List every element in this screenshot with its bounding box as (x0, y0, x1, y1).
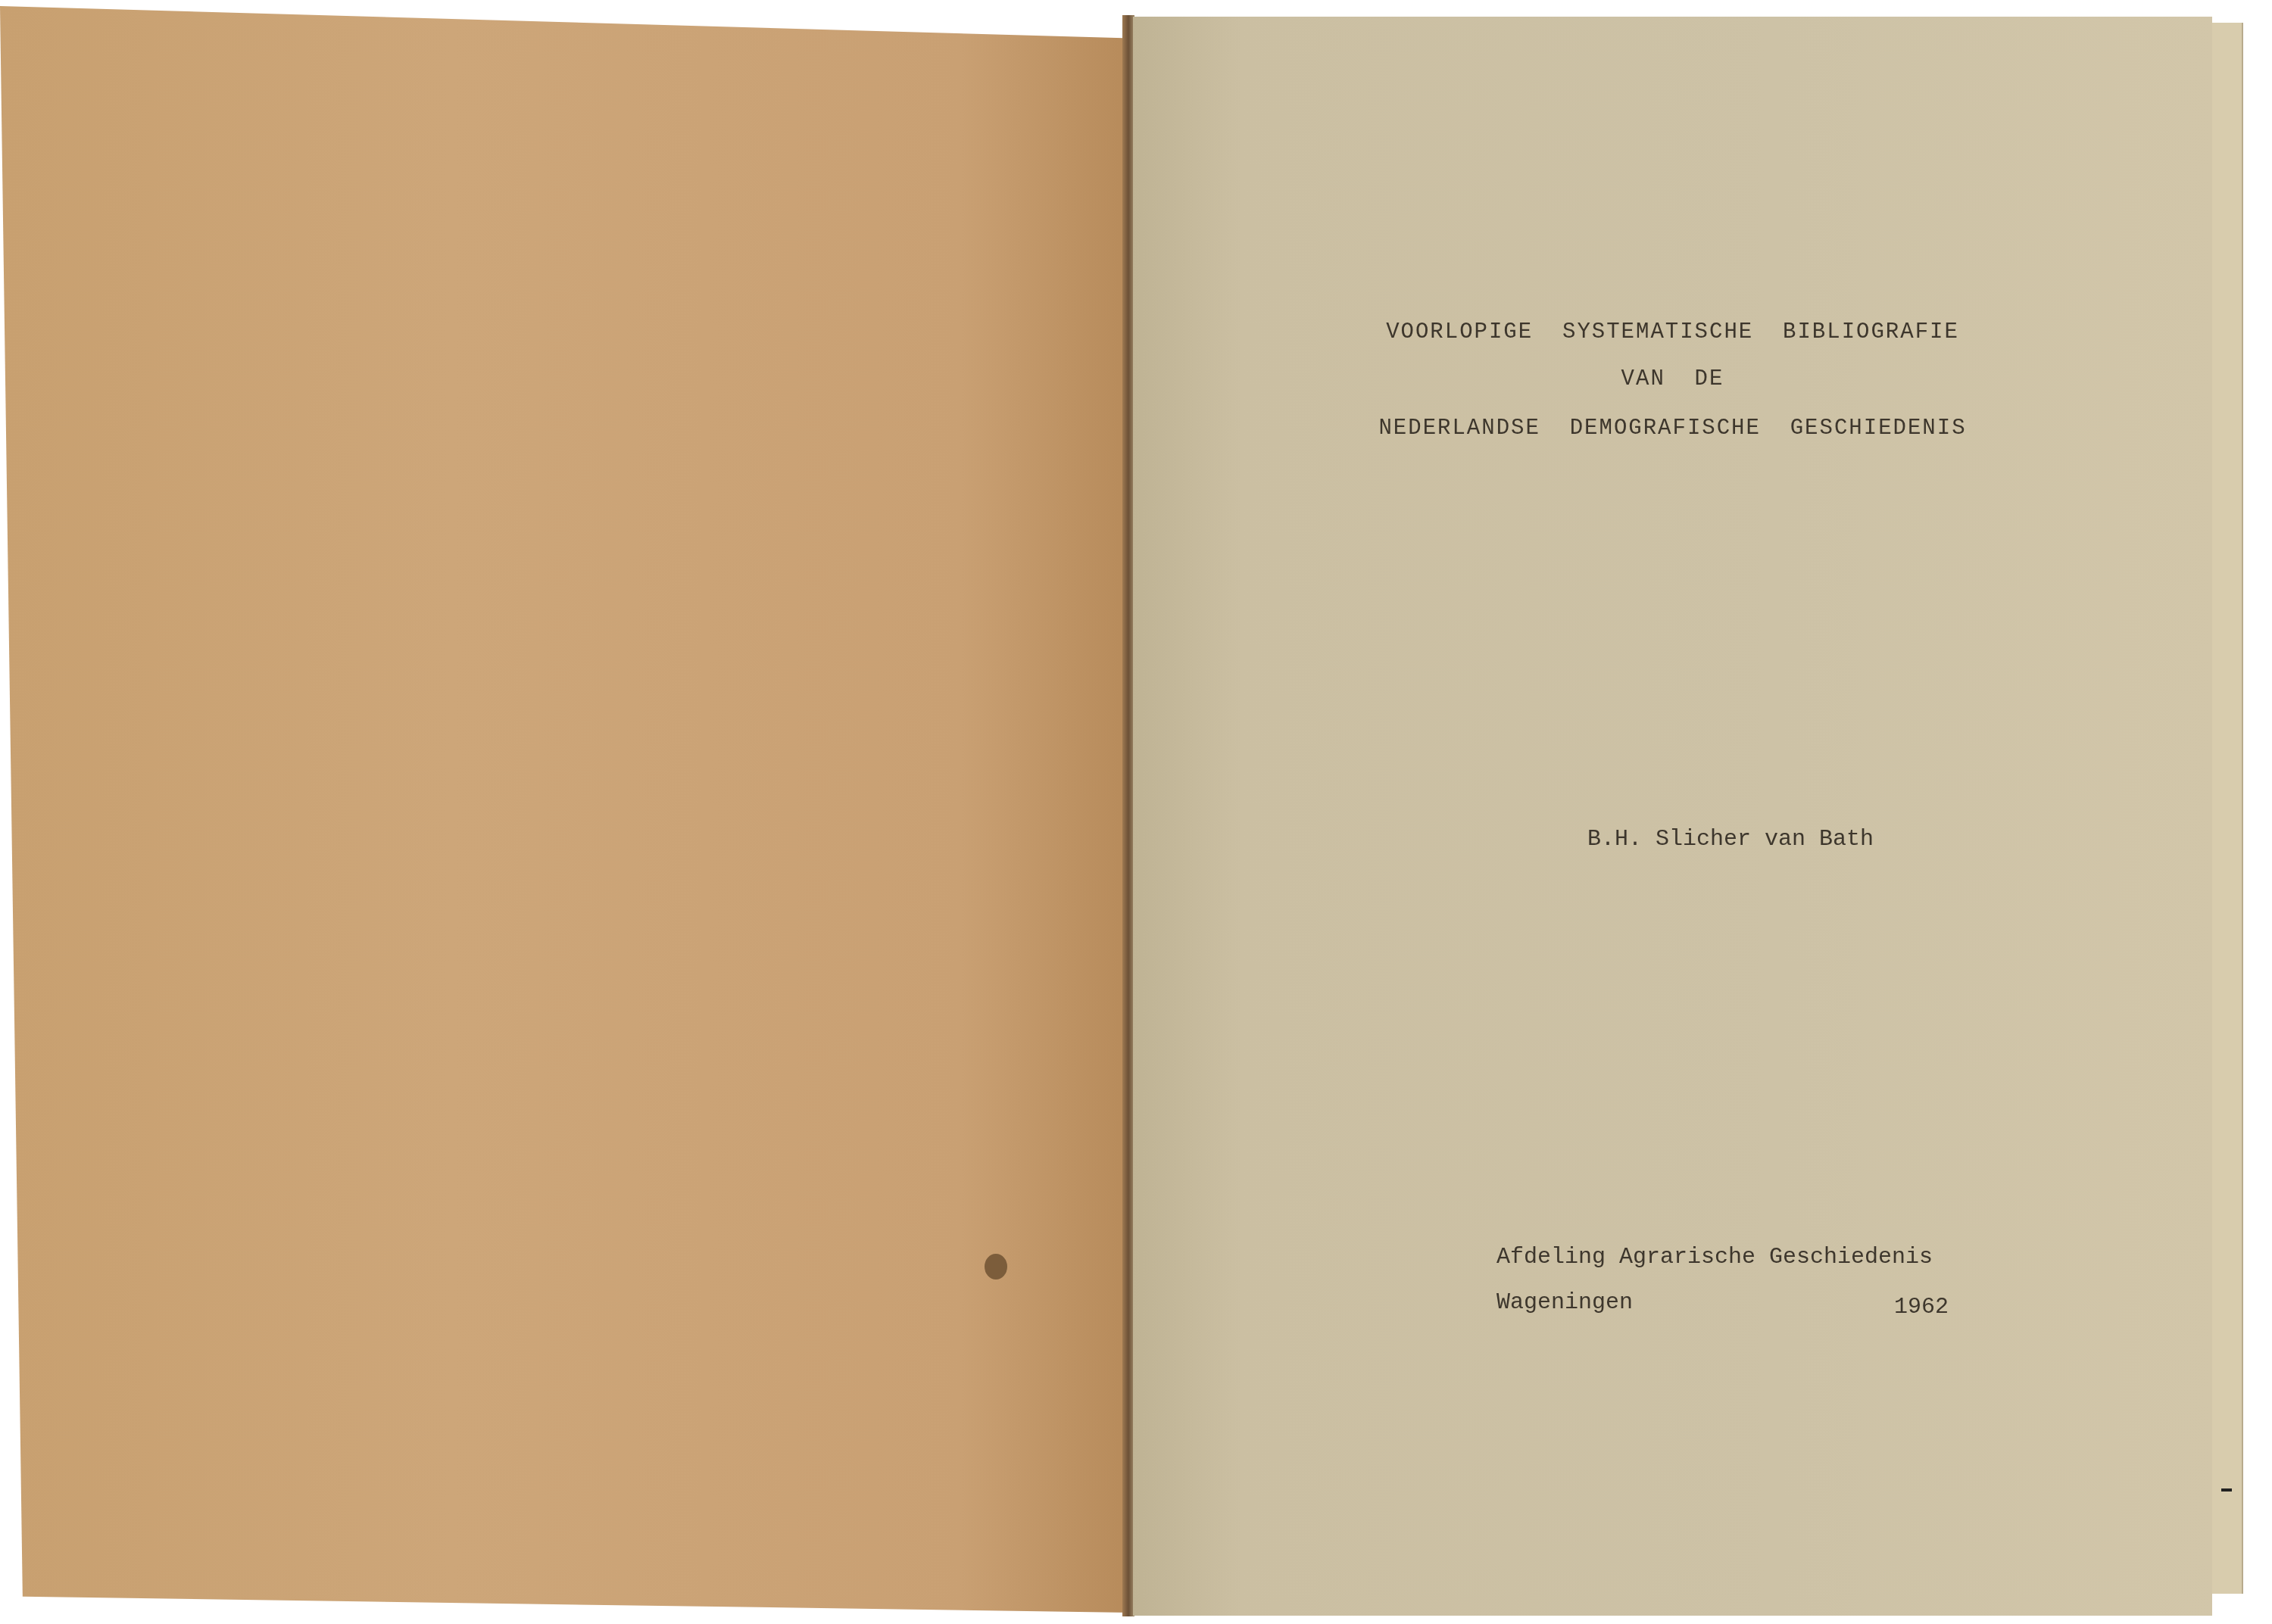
title-line-3: NEDERLANDSE DEMOGRAFISCHE GESCHIEDENIS (1133, 416, 2212, 441)
institution: Afdeling Agrarische Geschiedenis (1496, 1245, 1933, 1270)
title-line-2: VAN DE (1133, 366, 2212, 391)
author: B.H. Slicher van Bath (1587, 827, 1874, 853)
title-line-1: VOORLOPIGE SYSTEMATISCHE BIBLIOGRAFIE (1133, 320, 2212, 344)
edge-mark (2221, 1488, 2232, 1492)
left-endpaper-page (0, 6, 1130, 1613)
title-page: VOORLOPIGE SYSTEMATISCHE BIBLIOGRAFIE VA… (1133, 17, 2212, 1616)
stain-spot (985, 1254, 1007, 1280)
year: 1962 (1894, 1295, 1949, 1320)
place: Wageningen (1496, 1290, 1633, 1316)
